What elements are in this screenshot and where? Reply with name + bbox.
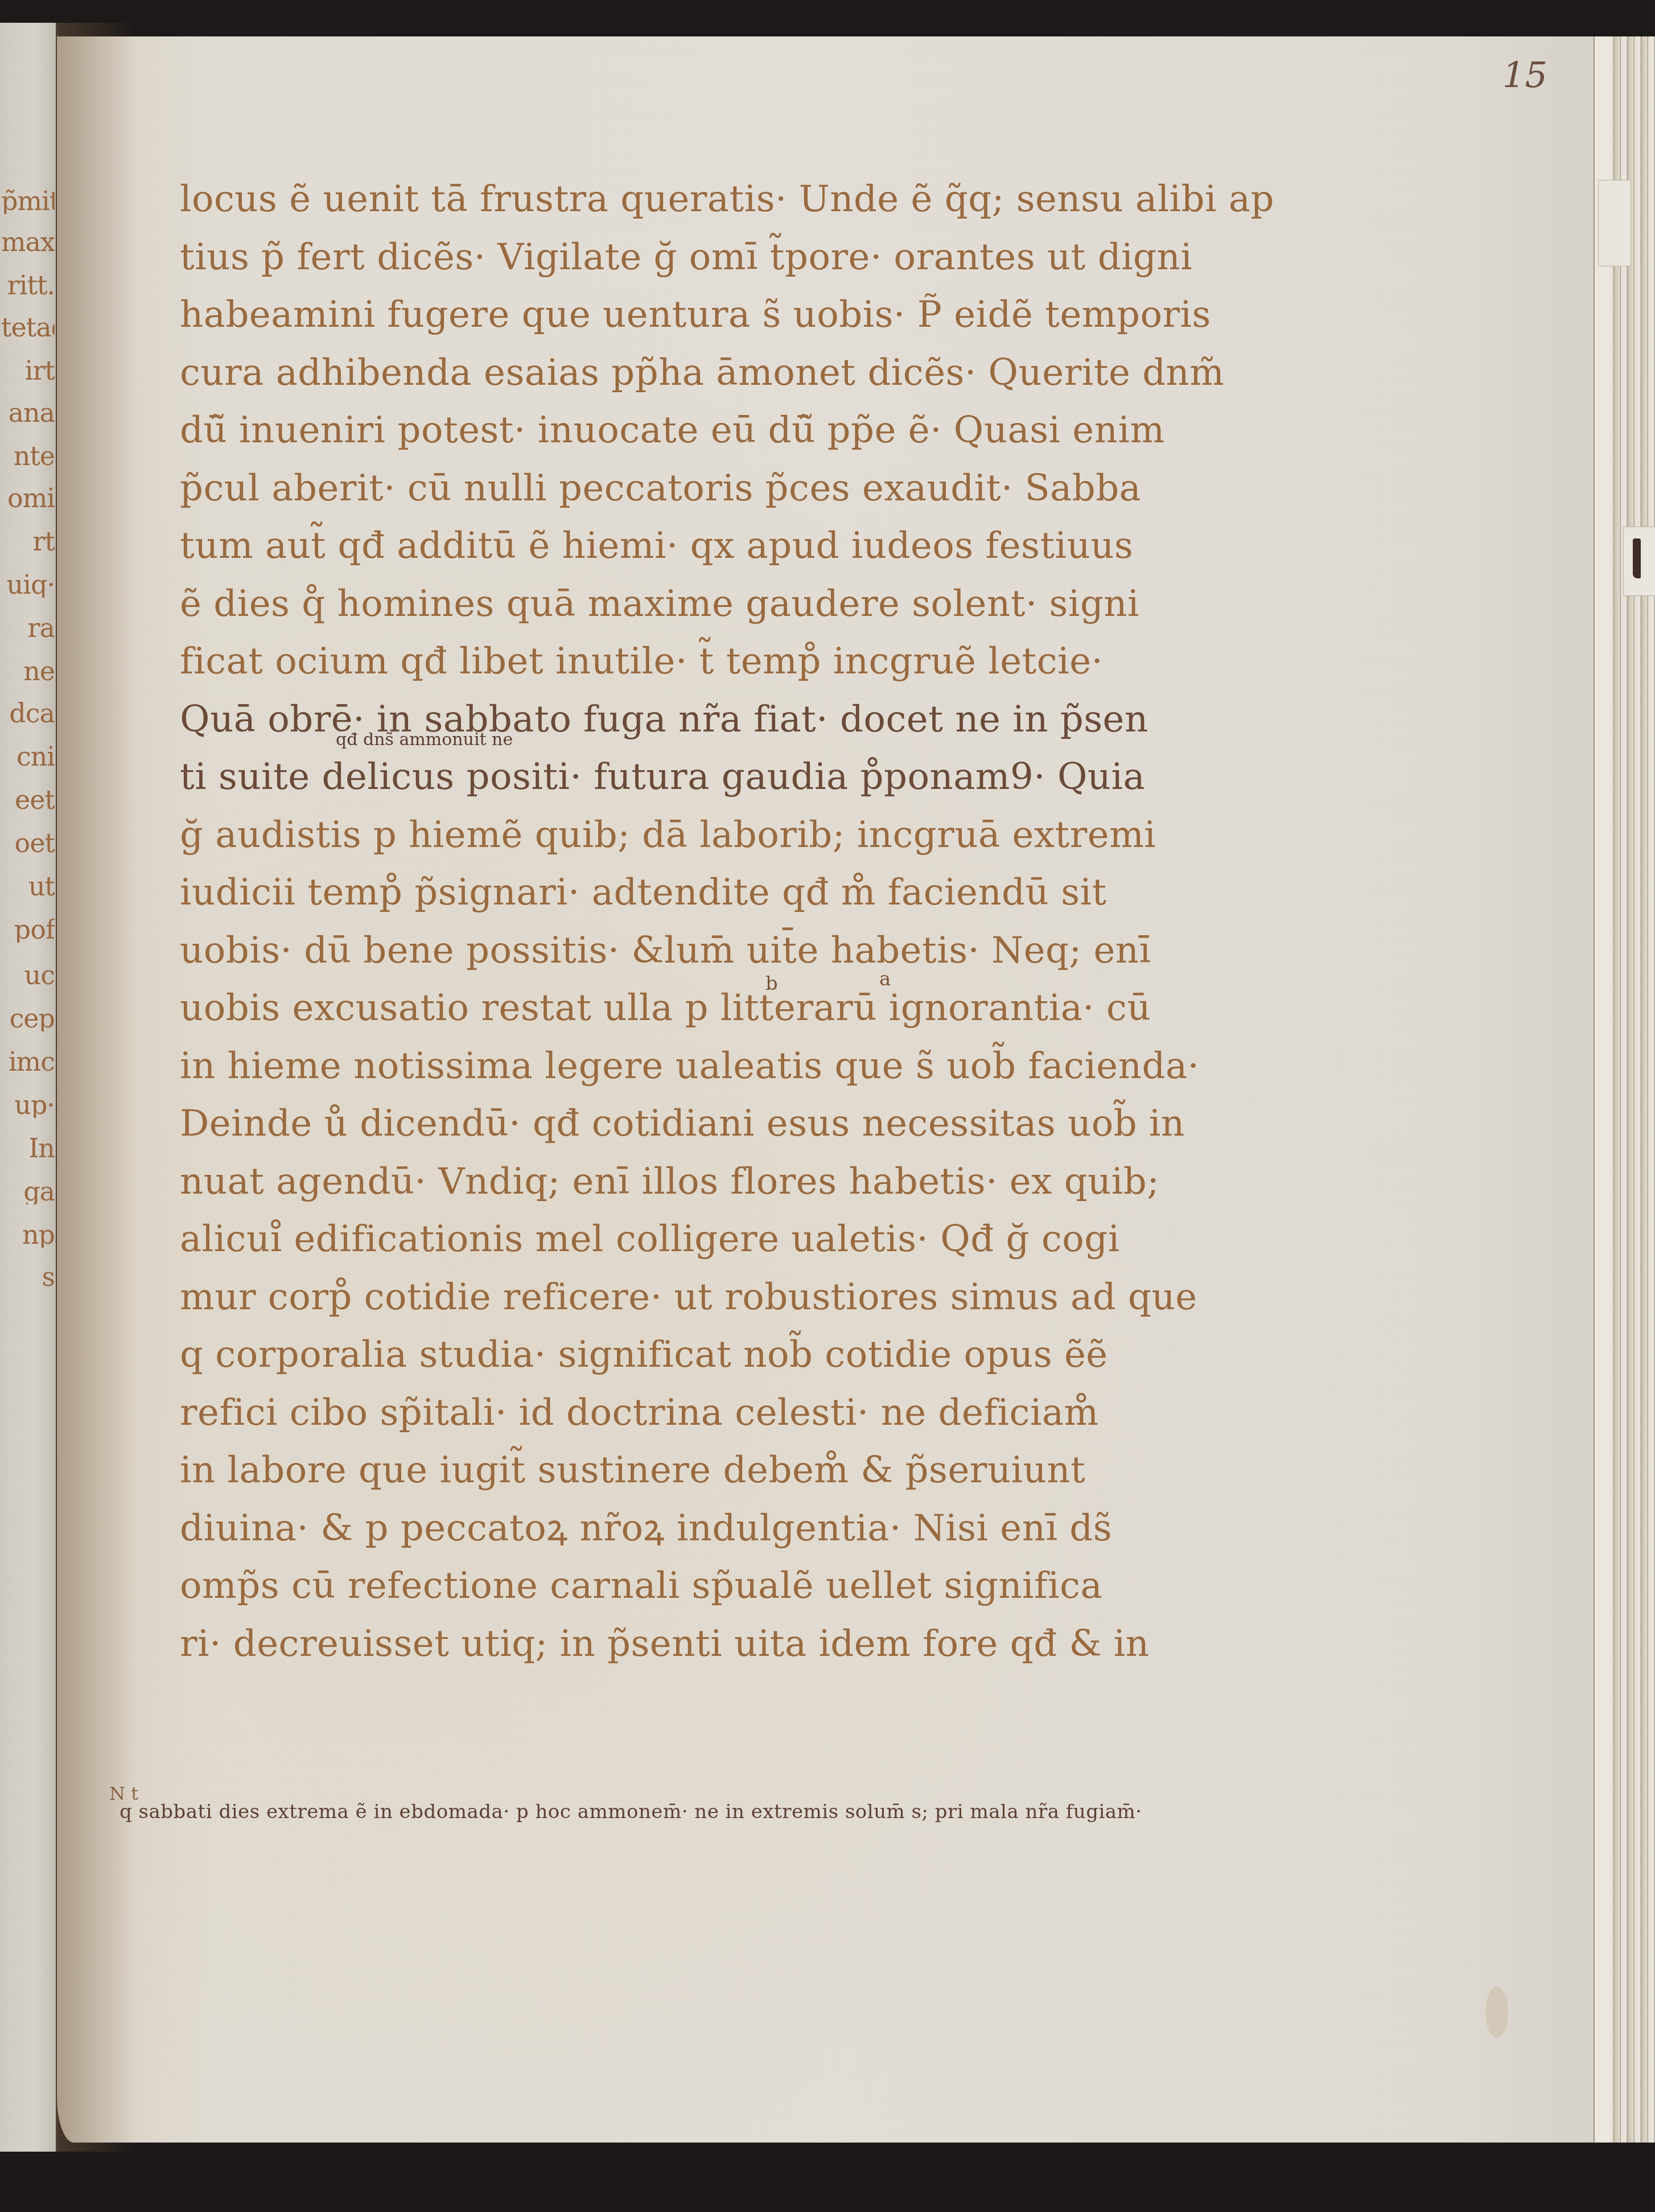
manuscript-line: nuat agendū· Vndiq; enī illos flores hab… bbox=[180, 1153, 1329, 1211]
manuscript-line: ğ audistis p hiemẽ quib; dā laborib; inc… bbox=[180, 807, 1329, 865]
parchment-stain bbox=[1485, 1987, 1508, 2038]
facing-page-fragment: ga bbox=[1, 1178, 55, 1204]
superscript-mark-b: b bbox=[765, 972, 778, 995]
manuscript-line: locus ẽ uenit tā frustra queratis· Unde … bbox=[180, 171, 1329, 229]
interlinear-gloss: qđ dns̃ ammonuit ne bbox=[336, 730, 513, 750]
manuscript-line: uobis excusatio restat ulla p litterarū … bbox=[180, 980, 1329, 1038]
facing-page-fragment: s bbox=[1, 1264, 55, 1290]
manuscript-line: iudicii temp̊ p̃signari· adtendite qđ m̊… bbox=[180, 864, 1329, 922]
facing-page-fragment: tetad bbox=[1, 314, 55, 340]
facing-page-fragment: cep bbox=[1, 1005, 55, 1031]
facing-page-fragment: eet bbox=[1, 787, 55, 813]
folio-number: 15 bbox=[1502, 54, 1547, 96]
facing-page-fragment: In bbox=[1, 1135, 55, 1161]
manuscript-line: mur corp̊ cotidie reficere· ut robustior… bbox=[180, 1269, 1329, 1327]
facing-page-fragment: pof bbox=[1, 916, 55, 943]
facing-page-fragment: ritt. bbox=[1, 272, 55, 298]
page-tab-marker-inked bbox=[1623, 527, 1655, 596]
manuscript-line: refici cibo sp̃itali· id doctrina celest… bbox=[180, 1384, 1329, 1442]
facing-page-fragment: uc bbox=[1, 962, 55, 988]
facing-page-fragment: imc bbox=[1, 1049, 55, 1075]
manuscript-line: tius p̃ fert dicẽs· Vigilate ğ omī t̃por… bbox=[180, 229, 1329, 287]
facing-page-fragment: ra bbox=[1, 615, 55, 641]
facing-page-fragment: oet bbox=[1, 830, 55, 856]
page-edge bbox=[1594, 36, 1609, 2143]
facing-page-edge: p̃mitmaxiritt.tetadirtananteomirtuiq·ran… bbox=[0, 23, 57, 2152]
manuscript-line: ti suite delicus positi· futura gaudia p… bbox=[180, 749, 1329, 807]
manuscript-line: ẽ dies q̊ homines quā maxime gaudere sol… bbox=[180, 575, 1329, 634]
footnote-text: q sabbati dies extrema ẽ in ebdomada· p … bbox=[120, 1800, 1142, 1823]
facing-page-fragment: uiq· bbox=[1, 571, 55, 598]
facing-page-fragment: dca bbox=[1, 700, 55, 726]
facing-page-fragment: ana bbox=[1, 400, 55, 426]
facing-page-fragment: np bbox=[1, 1222, 55, 1248]
manuscript-line: tum aut̃ qđ additū ẽ hiemi· qx apud iude… bbox=[180, 517, 1329, 575]
manuscript-line: in hieme notissima legere ualeatis que s… bbox=[180, 1038, 1329, 1096]
superscript-mark-a: a bbox=[879, 968, 891, 990]
manuscript-line: cura adhibenda esaias pp̃ha āmonet dicẽs… bbox=[180, 344, 1329, 402]
main-text-block: locus ẽ uenit tā frustra queratis· Unde … bbox=[180, 171, 1329, 1673]
manuscript-line: omp̃s cū refectione carnali sp̃ualẽ uell… bbox=[180, 1557, 1329, 1615]
manuscript-line: Deinde ů dicendū· qđ cotidiani esus nece… bbox=[180, 1095, 1329, 1153]
manuscript-line: in labore que iugit̃ sustinere debem̊ & … bbox=[180, 1442, 1329, 1500]
manuscript-line: alicui̊ edificationis mel colligere uale… bbox=[180, 1211, 1329, 1269]
manuscript-line: p̃cul aberit· cū nulli peccatoris p̃ces … bbox=[180, 460, 1329, 518]
facing-page-fragment: ne bbox=[1, 658, 55, 684]
facing-page-fragment: cni bbox=[1, 743, 55, 770]
manuscript-line: ficat ocium qđ libet inutile· t̃ temp̊ i… bbox=[180, 633, 1329, 691]
page-tab-marker bbox=[1598, 180, 1631, 266]
facing-page-fragment: rt bbox=[1, 528, 55, 554]
manuscript-line: dū̃ inueniri potest· inuocate eū dū̃ pp̃… bbox=[180, 402, 1329, 460]
manuscript-line: q corporalia studia· significat nob̃ cot… bbox=[180, 1326, 1329, 1384]
facing-page-fragment: irt bbox=[1, 357, 55, 384]
manuscript-line: habeamini fugere que uentura s̃ uobis· P… bbox=[180, 286, 1329, 344]
facing-page-fragment: nte bbox=[1, 443, 55, 469]
photo-background-top bbox=[0, 0, 1655, 35]
facing-page-fragment: up· bbox=[1, 1092, 55, 1118]
facing-page-fragment: omi bbox=[1, 485, 55, 511]
photo-background-bottom bbox=[0, 2138, 1655, 2212]
facing-page-fragment: maxi bbox=[1, 229, 55, 255]
manuscript-line: ri· decreuisset utiq; in p̃senti uita id… bbox=[180, 1615, 1329, 1674]
facing-page-fragment: p̃mit bbox=[1, 188, 55, 214]
manuscript-line: diuina· & p peccatoꝝ nr̃oꝝ indulgentia· … bbox=[180, 1500, 1329, 1558]
manuscript-line: uobis· dū bene possitis· &lum̄ uit̄e hab… bbox=[180, 922, 1329, 980]
facing-page-fragment: ut bbox=[1, 873, 55, 899]
